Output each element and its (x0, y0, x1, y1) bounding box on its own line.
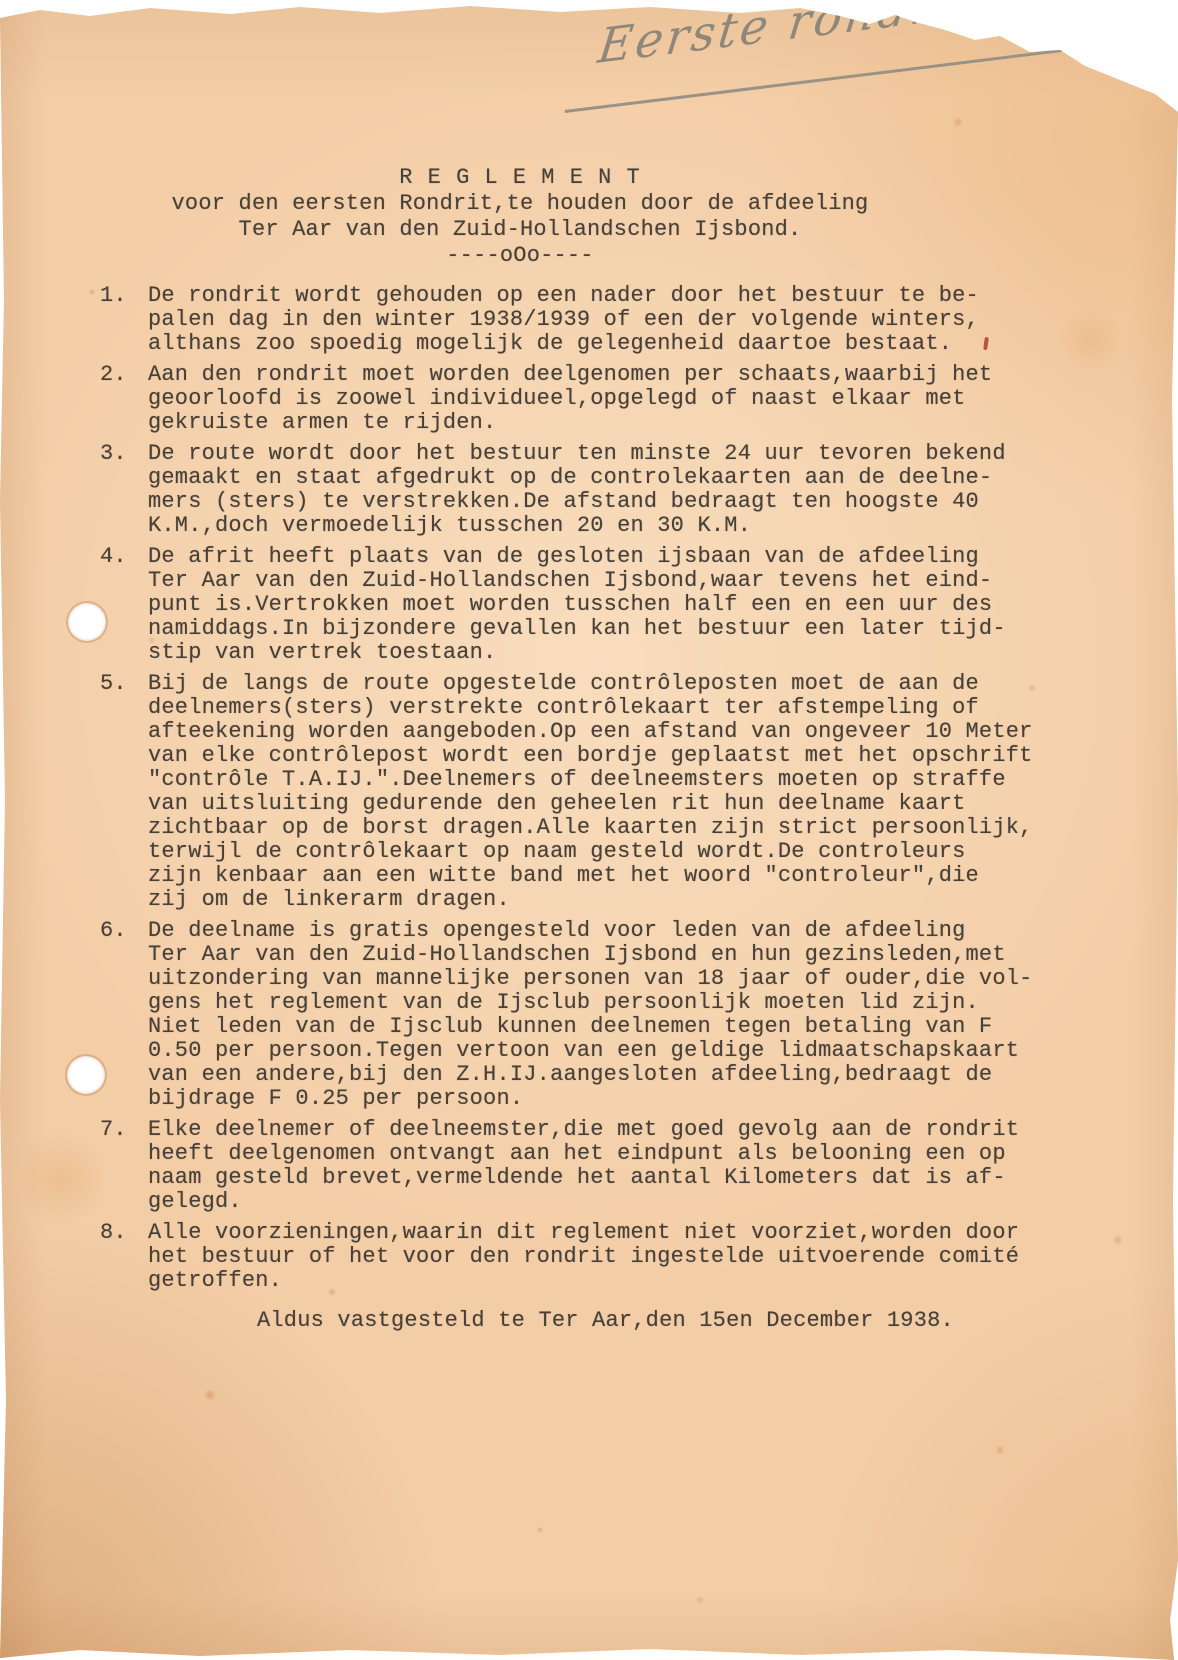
item-text: Aan den rondrit moet worden deelgenomen … (148, 363, 992, 435)
reglement-item-6: 6. De deelname is gratis opengesteld voo… (100, 919, 1040, 1111)
item-text: De afrit heeft plaats van de gesloten ij… (148, 545, 1006, 665)
reglement-item-5: 5. Bij de langs de route opgestelde cont… (100, 672, 1040, 912)
item-number: 1. (100, 284, 136, 356)
item-number: 7. (100, 1118, 136, 1214)
item-number: 8. (100, 1221, 136, 1293)
handwritten-annotation-text: Eerste rondrit (553, 0, 980, 82)
reglement-item-1: 1. De rondrit wordt gehouden op een nade… (100, 284, 1040, 356)
document-header: R E G L E M E N T voor den eersten Rondr… (150, 165, 890, 269)
reglement-item-2: 2. Aan den rondrit moet worden deelgenom… (100, 363, 1040, 435)
subtitle-line-1: voor den eersten Rondrit,te houden door … (150, 191, 890, 217)
item-text: De route wordt door het bestuur ten mins… (148, 442, 1006, 538)
closing-statement: Aldus vastgesteld te Ter Aar,den 15en De… (100, 1309, 1040, 1333)
reglement-item-8: 8. Alle voorzieningen,waarin dit regleme… (100, 1221, 1040, 1293)
reglement-item-4: 4. De afrit heeft plaats van de gesloten… (100, 545, 1040, 665)
item-text: Elke deelnemer of deelneemster,die met g… (148, 1118, 1019, 1214)
document-page: Eerste rondrit R E G L E M E N T voor de… (0, 0, 1178, 1660)
item-number: 3. (100, 442, 136, 538)
reglement-item-3: 3. De route wordt door het bestuur ten m… (100, 442, 1040, 538)
reglement-item-7: 7. Elke deelnemer of deelneemster,die me… (100, 1118, 1040, 1214)
title-divider: ----oOo---- (150, 243, 890, 269)
item-text: Alle voorzieningen,waarin dit reglement … (148, 1221, 1019, 1293)
item-number: 6. (100, 919, 136, 1111)
item-number: 5. (100, 672, 136, 912)
item-number: 2. (100, 363, 136, 435)
page-title: R E G L E M E N T (150, 165, 890, 191)
item-number: 4. (100, 545, 136, 665)
item-text: De deelname is gratis opengesteld voor l… (148, 919, 1033, 1111)
reglement-list: 1. De rondrit wordt gehouden op een nade… (100, 284, 1040, 1333)
item-text: De rondrit wordt gehouden op een nader d… (148, 284, 979, 356)
subtitle-line-2: Ter Aar van den Zuid-Hollandschen Ijsbon… (150, 217, 890, 243)
item-text: Bij de langs de route opgestelde contrôl… (148, 672, 1033, 912)
